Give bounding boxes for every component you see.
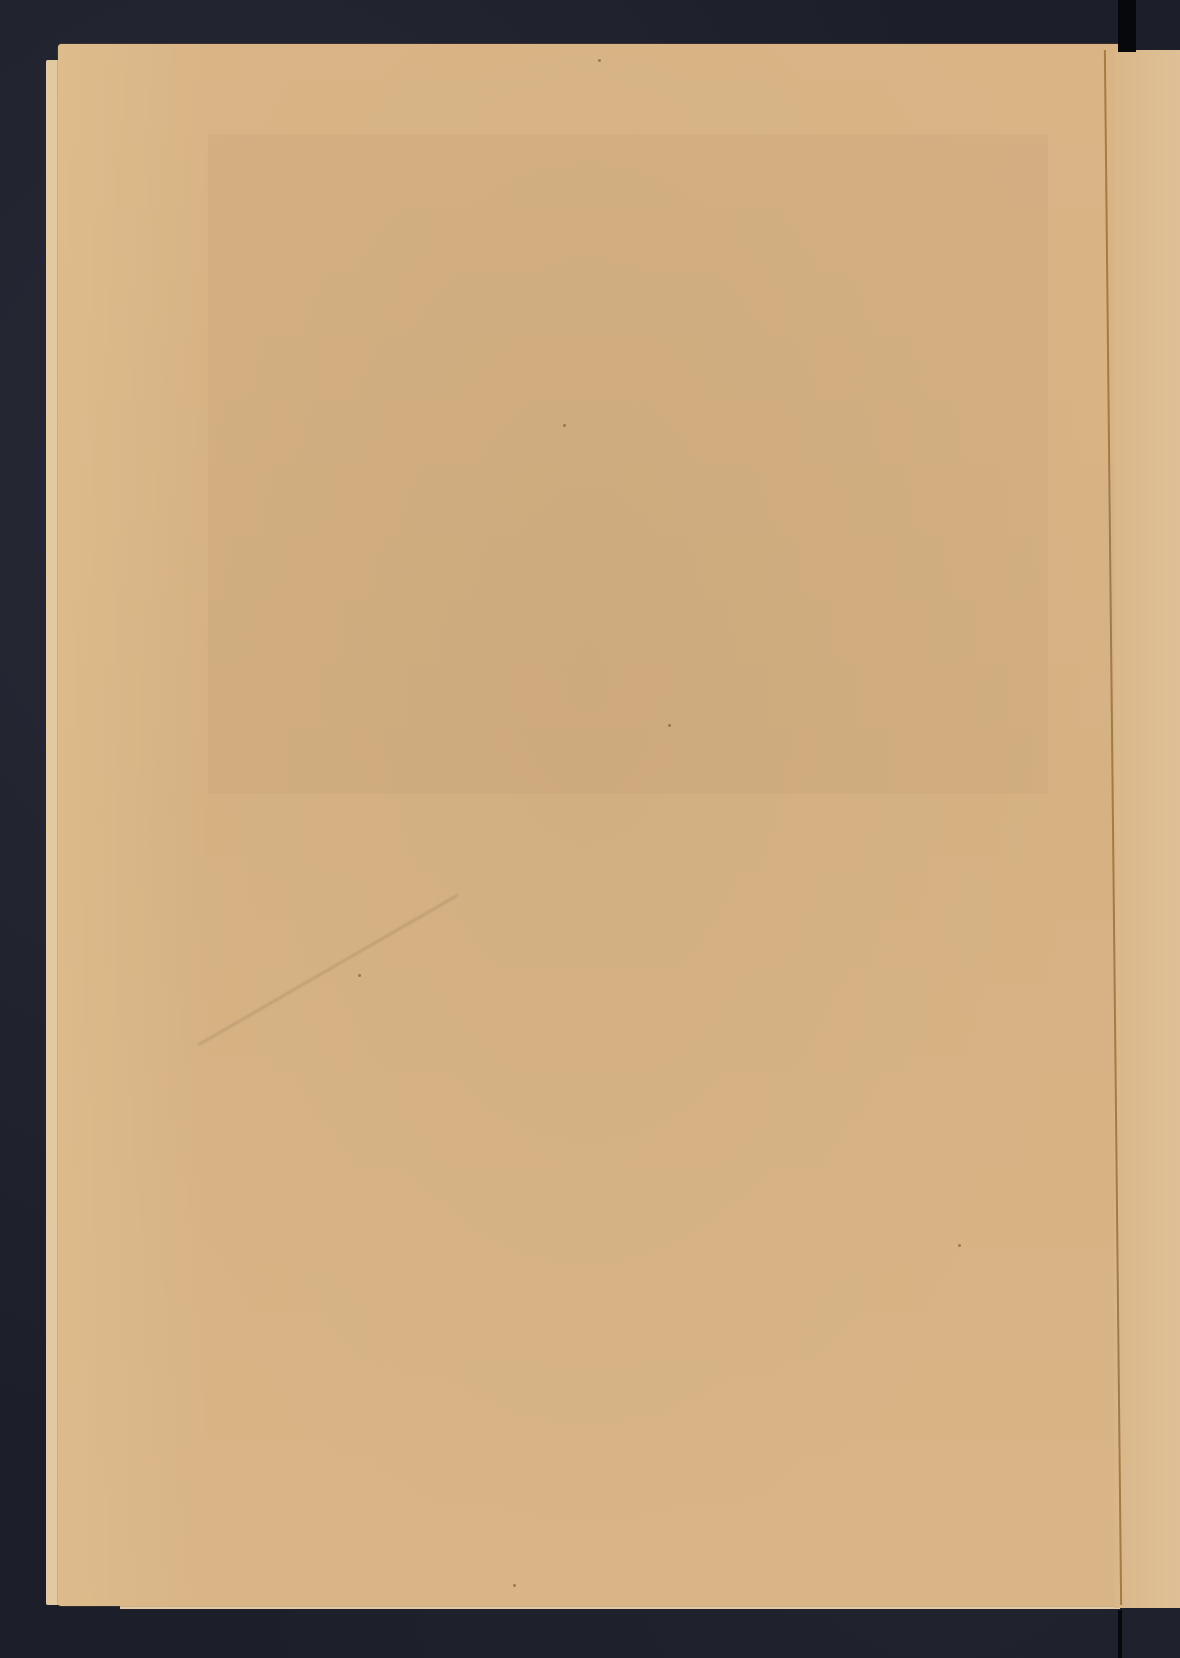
paper-speck [563, 424, 566, 427]
paper-speck [598, 59, 601, 62]
page-discoloration [208, 134, 1048, 794]
binding-gap-bottom [1118, 1610, 1122, 1658]
paper-crease [198, 894, 459, 1046]
paper-speck [958, 1244, 961, 1247]
paper-speck [358, 974, 361, 977]
paper-speck [513, 1584, 516, 1587]
paper-speck [668, 724, 671, 727]
blank-page [58, 44, 1118, 1606]
binding-gap-top [1118, 0, 1136, 52]
facing-page-sliver [1114, 50, 1180, 1608]
